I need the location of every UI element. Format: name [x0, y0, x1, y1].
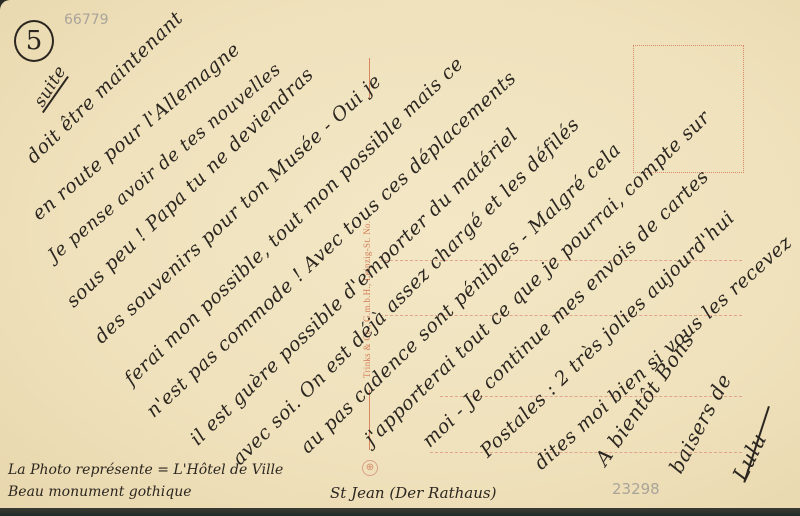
scan-edge	[0, 508, 800, 516]
pencil-reference-top: 66779	[64, 12, 109, 28]
printer-imprint: Trinks & Co., G.m.b.H., Leipzig-St. No.	[362, 221, 372, 378]
message-line: baisers de	[664, 370, 736, 478]
printer-logo-icon: ⊕	[362, 460, 378, 476]
photo-caption-line1: La Photo représente = L'Hôtel de Ville	[8, 462, 283, 478]
postcard-back: 5 66779 Trinks & Co., G.m.b.H., Leipzig-…	[0, 0, 800, 510]
pencil-reference-bottom: 23298	[612, 480, 660, 498]
photo-caption-line3: St Jean (Der Rathaus)	[330, 484, 496, 502]
signature: Lulu	[728, 429, 771, 484]
photo-caption-line2: Beau monument gothique	[8, 484, 192, 500]
page-number-circled: 5	[14, 20, 54, 62]
